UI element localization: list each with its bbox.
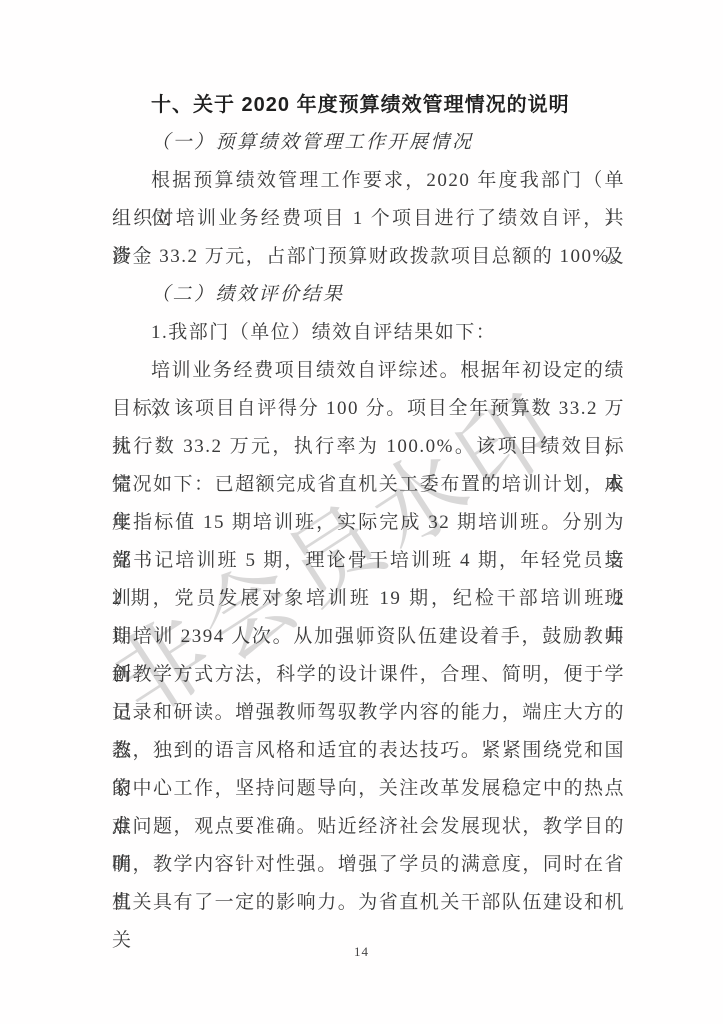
text-line: 目标，该项目自评得分 100 分。项目全年预算数 33.2 万元， [112,390,625,428]
text-line: 培训业务经费项目绩效自评综述。根据年初设定的绩效 [112,352,625,390]
text-line: 记录和研读。增强教师驾驭教学内容的能力，端庄大方的教 [112,694,625,732]
text-line: 2 期，党员发展对象培训班 19 期，纪检干部培训班 2 期，共 [112,580,625,618]
text-line: 的中心工作，坚持问题导向，关注改革发展稳定中的热点难 [112,770,625,808]
text-line: 计培训 2394 人次。从加强师资队伍建设着手，鼓励教师创 [112,618,625,656]
text-line: 根据预算绩效管理工作要求，2020 年度我部门（单位） [112,162,625,200]
page-number: 14 [0,944,723,960]
text-line: 情况如下：已超额完成省直机关工委布置的培训计划，本年 [112,466,625,504]
document-page: 非会员水印 十、关于 2020 年度预算绩效管理情况的说明（一）预算绩效管理工作… [0,0,723,1024]
text-line: 资金 33.2 万元，占部门预算财政拨款项目总额的 100%。 [112,238,625,276]
text-line: （一）预算绩效管理工作开展情况 [112,124,625,162]
text-line: 执行数 33.2 万元，执行率为 100.0%。该项目绩效目标完成 [112,428,625,466]
text-line: 态，独到的语言风格和适宜的表达技巧。紧紧围绕党和国家 [112,732,625,770]
text-line: （二）绩效评价结果 [112,276,625,314]
text-line: 1.我部门（单位）绩效自评结果如下： [112,314,625,352]
text-line: 确，教学内容针对性强。增强了学员的满意度，同时在省直 [112,846,625,884]
text-line: 部书记培训班 5 期，理论骨干培训班 4 期，年轻党员培训班 [112,542,625,580]
document-lines: 十、关于 2020 年度预算绩效管理情况的说明（一）预算绩效管理工作开展情况根据… [112,86,625,922]
text-line: 点问题，观点要准确。贴近经济社会发展现状，教学目的明 [112,808,625,846]
text-line: 组织对培训业务经费项目 1 个项目进行了绩效自评，共涉及 [112,200,625,238]
text-line: 机关具有了一定的影响力。为省直机关干部队伍建设和机关 [112,884,625,922]
text-line: 十、关于 2020 年度预算绩效管理情况的说明 [112,86,625,124]
text-line: 新教学方式方法，科学的设计课件，合理、简明，便于学员 [112,656,625,694]
text-line: 度指标值 15 期培训班，实际完成 32 期培训班。分别为党支 [112,504,625,542]
